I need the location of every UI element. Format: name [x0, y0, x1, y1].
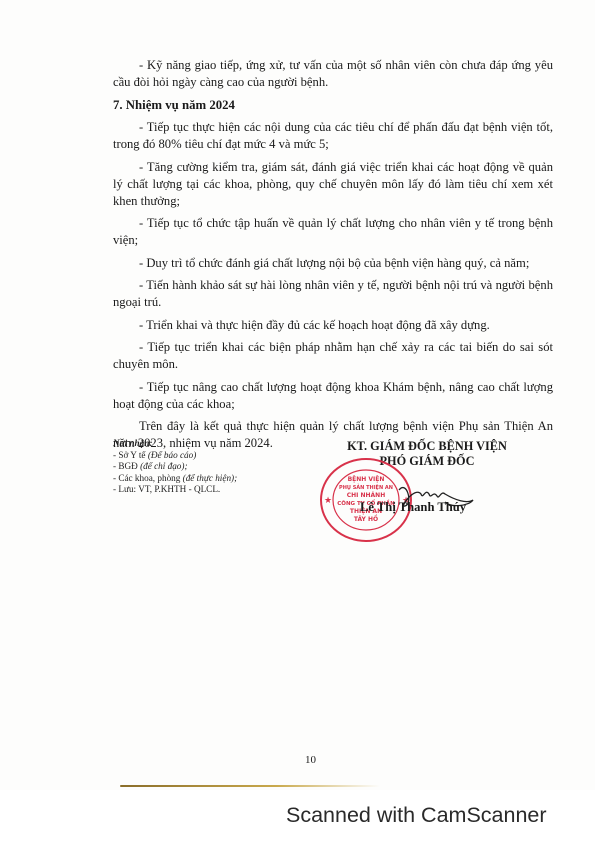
signer-name: Lê Thị Thanh Thúy [360, 500, 466, 515]
task-item: - Tiếp tục nâng cao chất lượng hoạt động… [113, 379, 553, 413]
seal-line: BỆNH VIỆN [348, 475, 385, 483]
recipient-item: - Sở Y tế (Để báo cáo) [113, 450, 313, 462]
task-item: - Tiếp tục tổ chức tập huấn về quản lý c… [113, 215, 553, 249]
recipient-item: - Các khoa, phòng (để thực hiện); [113, 473, 313, 485]
recipients-title: Nơi nhận: [113, 438, 313, 450]
recipient-item: - Lưu: VT, P.KHTH - QLCL. [113, 484, 313, 496]
task-item: - Triển khai và thực hiện đầy đủ các kế … [113, 317, 553, 334]
task-item: - Duy trì tổ chức đánh giá chất lượng nộ… [113, 255, 553, 272]
recipient-item: - BGĐ (để chỉ đạo); [113, 461, 313, 473]
camscanner-watermark: Scanned with CamScanner [286, 803, 547, 828]
svg-text:★: ★ [324, 496, 332, 506]
recipients-list: Nơi nhận: - Sở Y tế (Để báo cáo) - BGĐ (… [113, 438, 313, 496]
task-item: - Tiến hành khảo sát sự hài lòng nhân vi… [113, 277, 553, 311]
task-item: - Tiếp tục triển khai các biện pháp nhằm… [113, 339, 553, 373]
page-number: 10 [305, 754, 316, 766]
signature-title: KT. GIÁM ĐỐC BỆNH VIỆN [322, 439, 532, 454]
document-body: - Kỹ năng giao tiếp, ứng xử, tư vấn của … [113, 57, 553, 458]
page-edge [120, 785, 380, 787]
seal-line: PHỤ SẢN THIỆN AN [339, 483, 393, 491]
section-heading: 7. Nhiệm vụ năm 2024 [113, 97, 553, 114]
seal-line: CHI NHÁNH [347, 492, 385, 499]
document-page: - Kỹ năng giao tiếp, ứng xử, tư vấn của … [0, 0, 595, 790]
task-item: - Tăng cường kiểm tra, giám sát, đánh gi… [113, 159, 553, 210]
intro-paragraph: - Kỹ năng giao tiếp, ứng xử, tư vấn của … [113, 57, 553, 91]
task-item: - Tiếp tục thực hiện các nội dung của cá… [113, 119, 553, 153]
seal-line: TÂY HỒ [354, 514, 378, 523]
